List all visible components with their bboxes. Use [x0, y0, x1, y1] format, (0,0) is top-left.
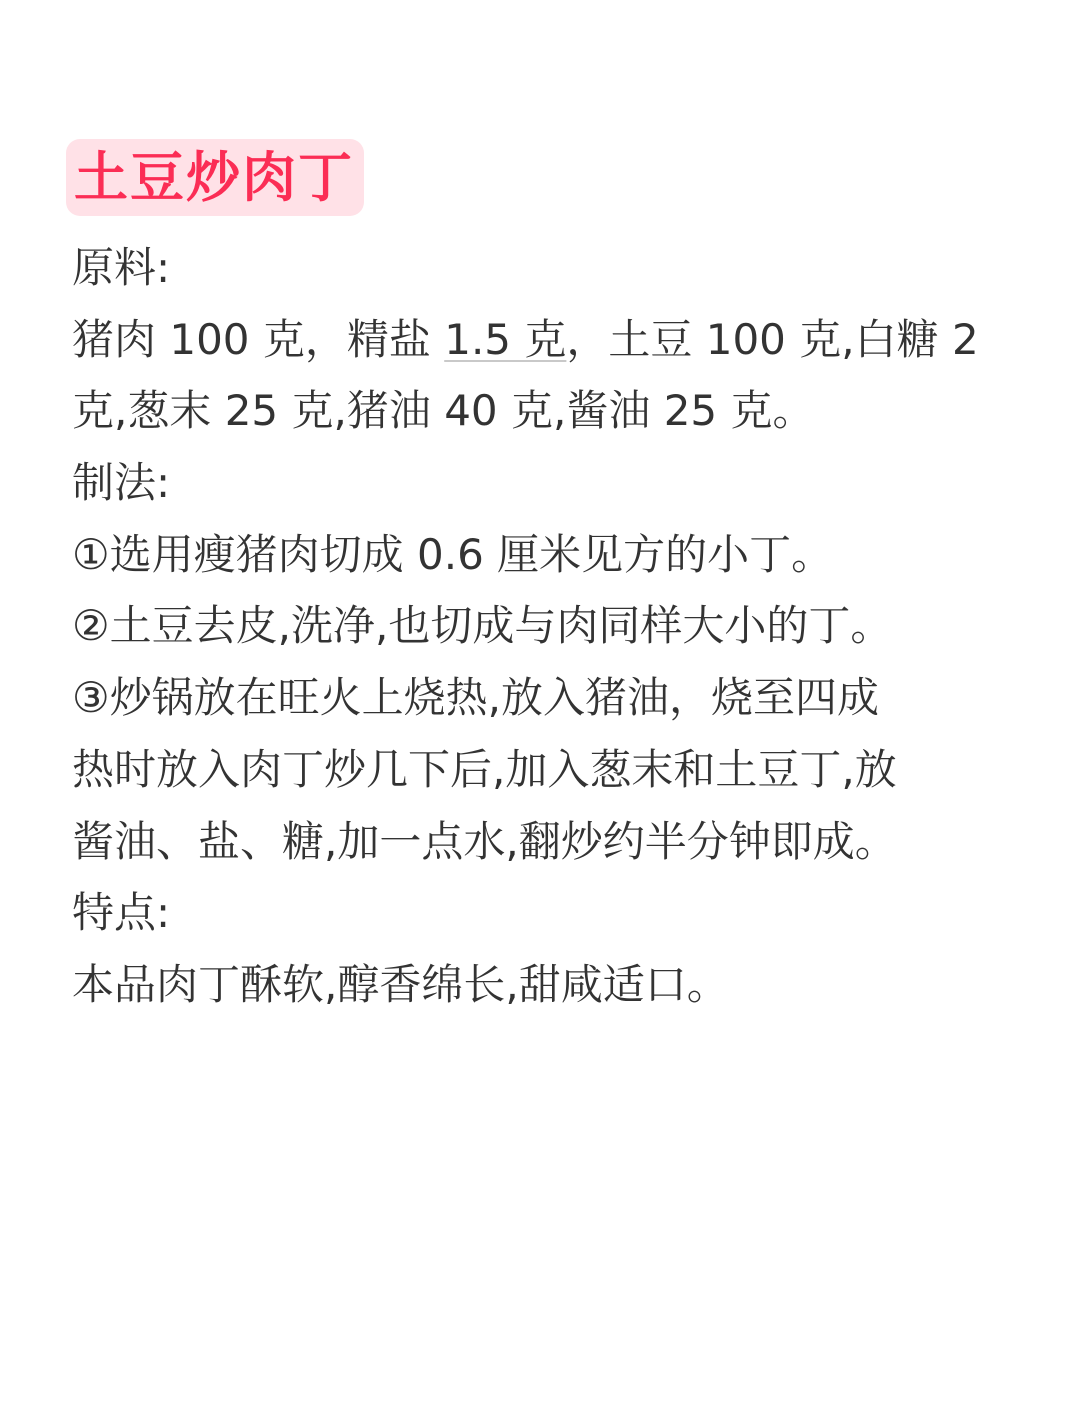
method-heading: 制法:	[72, 447, 992, 519]
recipe-page: 土豆炒肉丁 原料: 猪肉 100 克，精盐 1.5 克，土豆 100 克,白糖 …	[0, 0, 1080, 1418]
features-text: 本品肉丁酥软,醇香绵长,甜咸适口。	[72, 949, 992, 1021]
salt-amount-underlined: 1.5 克	[444, 315, 566, 364]
recipe-content: 原料: 猪肉 100 克，精盐 1.5 克，土豆 100 克,白糖 2 克,葱末…	[72, 232, 992, 1021]
recipe-title: 土豆炒肉丁	[74, 151, 354, 205]
method-step-3-line-1: ③炒锅放在旺火上烧热,放入猪油，烧至四成	[72, 662, 992, 734]
method-step-3-line-3: 酱油、盐、糖,加一点水,翻炒约半分钟即成。	[72, 806, 992, 878]
method-step-2: ②土豆去皮,洗净,也切成与肉同样大小的丁。	[72, 590, 992, 662]
method-step-3-line-2: 热时放入肉丁炒几下后,加入葱末和土豆丁,放	[72, 734, 992, 806]
features-heading: 特点:	[72, 877, 992, 949]
ingredients-line-1: 猪肉 100 克，精盐 1.5 克，土豆 100 克,白糖 2	[72, 304, 992, 376]
ingredients-line-1-after: ，土豆 100 克,白糖 2	[566, 315, 978, 364]
ingredients-line-2: 克,葱末 25 克,猪油 40 克,酱油 25 克。	[72, 375, 992, 447]
ingredients-heading: 原料:	[72, 232, 992, 304]
method-step-1: ①选用瘦猪肉切成 0.6 厘米见方的小丁。	[72, 519, 992, 591]
ingredients-line-1-before: 猪肉 100 克，精盐	[72, 315, 444, 364]
title-badge: 土豆炒肉丁	[66, 139, 364, 216]
